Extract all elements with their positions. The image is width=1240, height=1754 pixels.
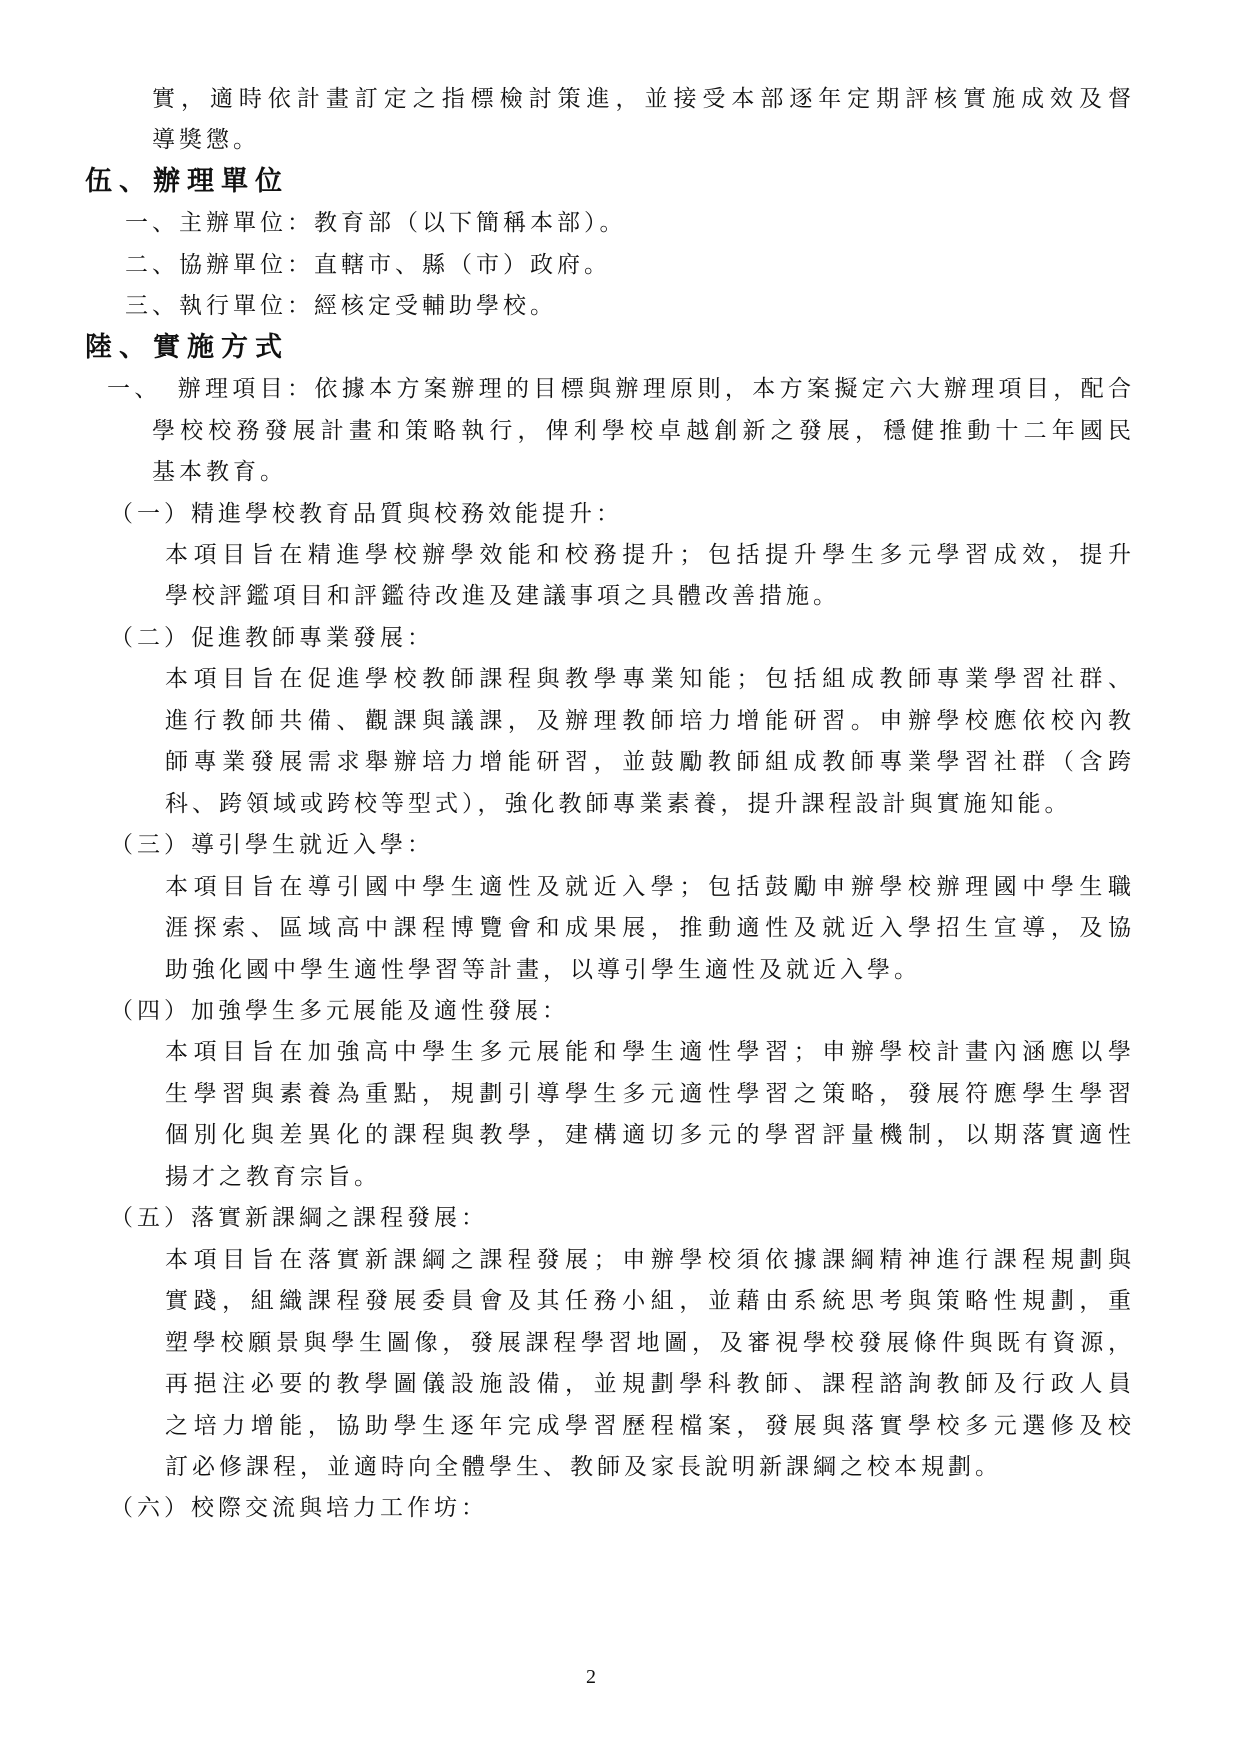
text-line: 學校校務發展計畫和策略執行，俾利學校卓越創新之發展，穩健推動十二年國民 — [152, 410, 1135, 451]
text-line: 本項目旨在導引國中學生適性及就近入學；包括鼓勵申辦學校辦理國中學生職 — [165, 866, 1135, 907]
text-line: 陸、實施方式 — [85, 327, 1240, 368]
text-line: 伍、辦理單位 — [85, 161, 1240, 202]
text-line: 本項目旨在落實新課綱之課程發展；申辦學校須依據課綱精神進行課程規劃與 — [165, 1239, 1135, 1280]
text-line: 本項目旨在促進學校教師課程與教學專業知能；包括組成教師專業學習社群、 — [165, 658, 1135, 699]
text-line: 塑學校願景與學生圖像，發展課程學習地圖，及審視學校發展條件與既有資源， — [165, 1322, 1135, 1363]
text-line: 學校評鑑項目和評鑑待改進及建議事項之具體改善措施。 — [165, 575, 1135, 616]
text-line: 師專業發展需求舉辦培力增能研習，並鼓勵教師組成教師專業學習社群（含跨 — [165, 741, 1135, 782]
text-line: 再挹注必要的教學圖儀設施設備，並規劃學科教師、課程諮詢教師及行政人員 — [165, 1363, 1135, 1404]
text-line: 本項目旨在精進學校辦學效能和校務提升；包括提升學生多元學習成效，提升 — [165, 534, 1135, 575]
text-line: 二、協辦單位：直轄市、縣（市）政府。 — [125, 244, 1240, 285]
text-line: 實，適時依計畫訂定之指標檢討策進，並接受本部逐年定期評核實施成效及督 — [152, 78, 1135, 119]
text-line: 揚才之教育宗旨。 — [165, 1156, 1135, 1197]
document-body: 實，適時依計畫訂定之指標檢討策進，並接受本部逐年定期評核實施成效及督導獎懲。伍、… — [0, 78, 1240, 1529]
text-line: 基本教育。 — [152, 451, 1135, 492]
text-line: （五）落實新課綱之課程發展： — [110, 1197, 1240, 1238]
text-line: 導獎懲。 — [152, 119, 1135, 160]
text-line: 本項目旨在加強高中學生多元展能和學生適性學習；申辦學校計畫內涵應以學 — [165, 1031, 1135, 1072]
text-line: （三）導引學生就近入學： — [110, 824, 1240, 865]
text-line: 助強化國中學生適性學習等計畫，以導引學生適性及就近入學。 — [165, 949, 1135, 990]
page-number: 2 — [0, 1666, 1182, 1689]
text-line: 一、主辦單位：教育部（以下簡稱本部）。 — [125, 202, 1240, 243]
text-line: 科、跨領域或跨校等型式），強化教師專業素養，提升課程設計與實施知能。 — [165, 783, 1135, 824]
text-line: （六）校際交流與培力工作坊： — [110, 1487, 1240, 1528]
text-line: 個別化與差異化的課程與教學，建構適切多元的學習評量機制，以期落實適性 — [165, 1114, 1135, 1155]
text-line: 之培力增能，協助學生逐年完成學習歷程檔案，發展與落實學校多元選修及校 — [165, 1405, 1135, 1446]
text-line: 三、執行單位：經核定受輔助學校。 — [125, 285, 1240, 326]
text-line: （四）加強學生多元展能及適性發展： — [110, 990, 1240, 1031]
text-line: 一、 辦理項目：依據本方案辦理的目標與辦理原則，本方案擬定六大辦理項目，配合 — [107, 368, 1135, 409]
text-line: （二）促進教師專業發展： — [110, 617, 1240, 658]
text-line: 涯探索、區域高中課程博覽會和成果展，推動適性及就近入學招生宣導，及協 — [165, 907, 1135, 948]
text-line: 實踐，組織課程發展委員會及其任務小組，並藉由系統思考與策略性規劃，重 — [165, 1280, 1135, 1321]
text-line: （一）精進學校教育品質與校務效能提升： — [110, 493, 1240, 534]
text-line: 訂必修課程，並適時向全體學生、教師及家長說明新課綱之校本規劃。 — [165, 1446, 1135, 1487]
text-line: 進行教師共備、觀課與議課，及辦理教師培力增能研習。申辦學校應依校內教 — [165, 700, 1135, 741]
document-page: 實，適時依計畫訂定之指標檢討策進，並接受本部逐年定期評核實施成效及督導獎懲。伍、… — [0, 0, 1240, 1754]
text-line: 生學習與素養為重點，規劃引導學生多元適性學習之策略，發展符應學生學習 — [165, 1073, 1135, 1114]
